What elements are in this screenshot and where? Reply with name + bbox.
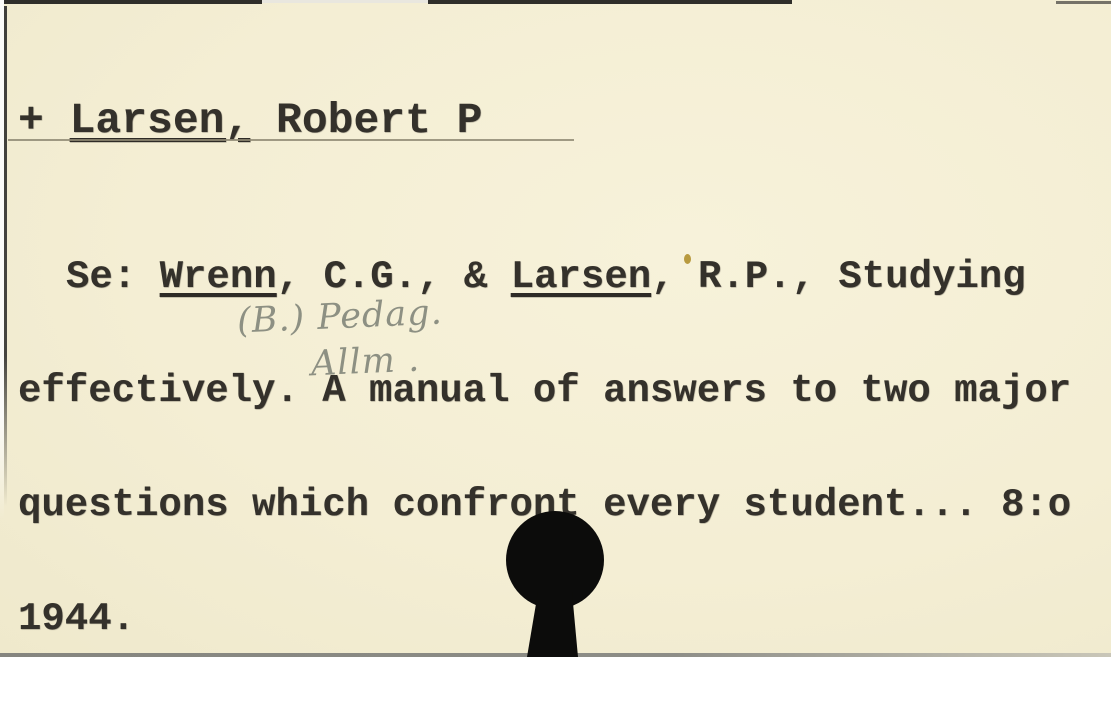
catalog-card: + Larsen, Robert P Se: Wrenn, C.G., & La… bbox=[0, 0, 1111, 657]
author-1: Wrenn bbox=[160, 255, 277, 299]
scan-edge-top-right bbox=[1056, 1, 1111, 4]
pencil-classification: (B.) Pedag. bbox=[236, 293, 443, 342]
reference-year: 1944. bbox=[18, 600, 1071, 638]
reference-line-3: questions which confront every student..… bbox=[18, 486, 1071, 524]
see-label: Se: bbox=[66, 255, 160, 299]
heading-given-name: Robert P bbox=[250, 96, 482, 145]
pencil-annotation: (B.) Pedag. Allm . bbox=[236, 290, 446, 391]
reference-line-2: effectively. A manual of answers to two … bbox=[18, 372, 1071, 410]
ink-speck bbox=[684, 254, 691, 264]
heading-surname: Larsen, bbox=[70, 96, 251, 145]
title-start: , R.P., Studying bbox=[651, 255, 1025, 299]
heading-rule-line bbox=[8, 139, 574, 141]
scan-edge-top-gap bbox=[262, 0, 428, 3]
card-heading: + Larsen, Robert P bbox=[18, 99, 483, 142]
scan-edge-top-center bbox=[428, 0, 792, 4]
scan-edge-left-line bbox=[4, 6, 7, 506]
pencil-subclassification: Allm . bbox=[238, 336, 446, 391]
heading-cross-mark: + bbox=[18, 96, 70, 145]
author-2: Larsen bbox=[511, 255, 651, 299]
scan-edge-top-left bbox=[0, 0, 262, 4]
reference-entry: Se: Wrenn, C.G., & Larsen, R.P., Studyin… bbox=[18, 182, 1071, 657]
reference-line-1: Se: Wrenn, C.G., & Larsen, R.P., Studyin… bbox=[18, 258, 1071, 296]
